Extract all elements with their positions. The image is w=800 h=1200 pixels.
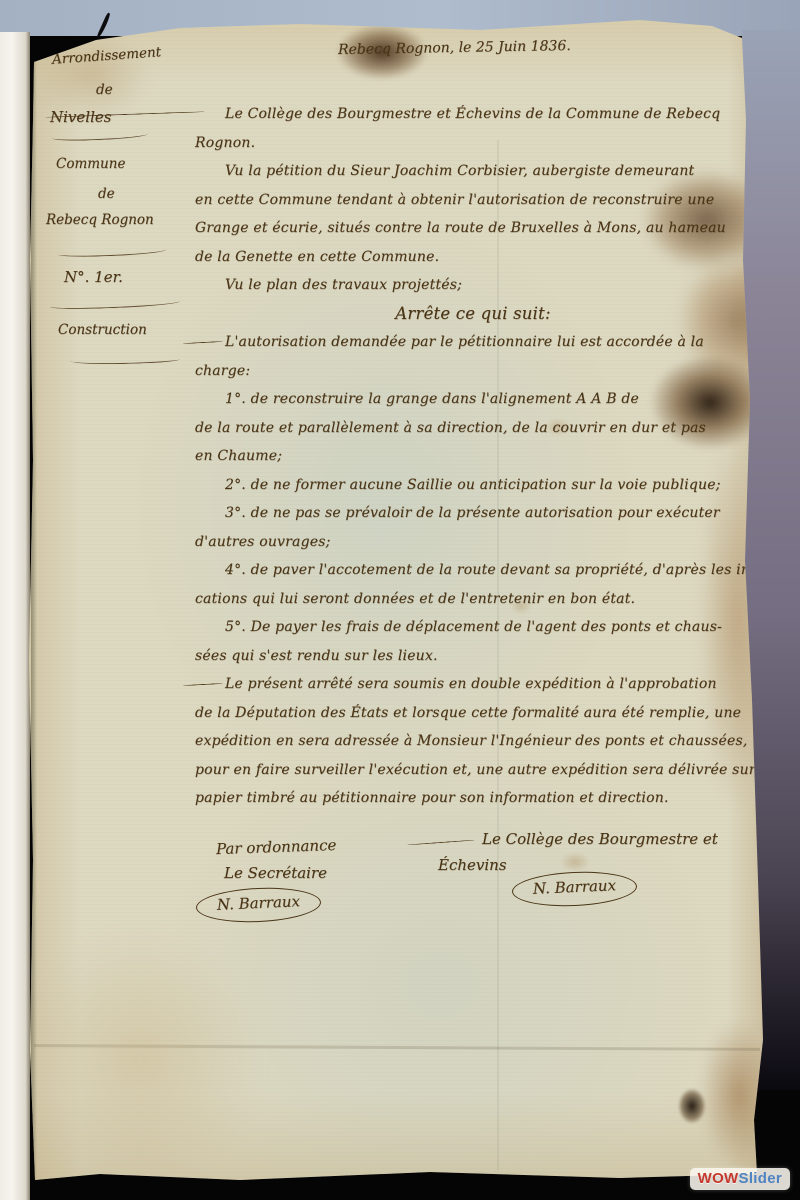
margin-arrondissement-line2: de (96, 82, 113, 98)
horizontal-fold-crease (34, 1044, 760, 1051)
signature-right-line2: Échevins (438, 856, 507, 874)
manuscript-line: d'autres ouvrages; (195, 528, 751, 557)
manuscript-line: Le présent arrêté sera soumis en double … (195, 670, 751, 699)
document-page: Arrondissement de Nivelles Commune de Re… (0, 0, 800, 1200)
signature-left-line2: Le Secrétaire (224, 864, 327, 882)
manuscript-line: Vu le plan des travaux projettés; (195, 271, 751, 300)
manuscript-line: de la Députation des États et lorsque ce… (195, 699, 751, 728)
underlying-page-edge (0, 32, 30, 1200)
manuscript-line: en cette Commune tendant à obtenir l'aut… (195, 186, 751, 215)
ink-blot-bottom-right (678, 1088, 706, 1124)
foxing-spot-3 (560, 852, 590, 872)
signature-right-oval: N. Barraux (511, 869, 637, 908)
wowslider-watermark[interactable]: WOWSlider (690, 1168, 790, 1190)
signature-right-name: N. Barraux (512, 872, 637, 906)
manuscript-line: 3°. de ne pas se prévaloir de la présent… (195, 499, 751, 528)
margin-flourish-subject (70, 354, 180, 366)
manuscript-line: Arrête ce qui suit: (195, 300, 751, 329)
margin-flourish-number (50, 298, 180, 311)
signature-left-name: N. Barraux (196, 888, 321, 922)
manuscript-line: 2°. de ne former aucune Saillie ou antic… (195, 471, 751, 500)
margin-subject: Construction (58, 322, 147, 338)
manuscript-body: Le Collège des Bourgmestre et Échevins d… (195, 100, 751, 813)
margin-flourish-commune (58, 246, 166, 258)
watermark-brand-first: WOW (698, 1170, 739, 1187)
manuscript-line: de la route et parallèlement à sa direct… (195, 414, 751, 443)
corner-browning-top-left (30, 30, 150, 120)
margin-flourish-nivelles (52, 130, 148, 141)
manuscript-line: Le Collège des Bourgmestre et Échevins d… (195, 100, 751, 129)
signature-left-line1: Par ordonnance (216, 836, 337, 858)
signature-left-oval: N. Barraux (195, 885, 321, 924)
margin-arrondissement-line1: Arrondissement (52, 44, 162, 68)
manuscript-line: 5°. De payer les frais de déplacement de… (195, 613, 751, 642)
bottom-left-yellowing (20, 930, 260, 1190)
manuscript-line: L'autorisation demandée par le pétitionn… (195, 328, 751, 357)
manuscript-line: Vu la pétition du Sieur Joachim Corbisie… (195, 157, 751, 186)
signature-right-line1: Le Collège des Bourgmestre et (482, 830, 718, 848)
manuscript-line: papier timbré au pétitionnaire pour son … (195, 784, 751, 813)
margin-commune-line2: de (98, 186, 115, 202)
manuscript-line: charge: (195, 357, 751, 386)
photo-scene: Arrondissement de Nivelles Commune de Re… (0, 0, 800, 1200)
manuscript-line: Grange et écurie, situés contre la route… (195, 214, 751, 243)
manuscript-line: en Chaume; (195, 442, 751, 471)
margin-commune-line1: Commune (56, 156, 125, 172)
watermark-brand-second: Slider (739, 1170, 782, 1187)
manuscript-line: sées qui s'est rendu sur les lieux. (195, 642, 751, 671)
manuscript-line: expédition en sera adressée à Monsieur l… (195, 727, 751, 756)
left-binding-crease (31, 40, 37, 1180)
margin-dossier-number: N°. 1er. (64, 268, 123, 286)
manuscript-line: cations qui lui seront données et de l'e… (195, 585, 751, 614)
margin-commune-line3: Rebecq Rognon (46, 212, 154, 228)
manuscript-line: de la Genette en cette Commune. (195, 243, 751, 272)
manuscript-line: pour en faire surveiller l'exécution et,… (195, 756, 751, 785)
manuscript-line: 4°. de paver l'accotement de la route de… (195, 556, 751, 585)
dateline: Rebecq Rognon, le 25 Juin 1836. (338, 38, 571, 58)
manuscript-line: Rognon. (195, 129, 751, 158)
manuscript-line: 1°. de reconstruire la grange dans l'ali… (195, 385, 751, 414)
